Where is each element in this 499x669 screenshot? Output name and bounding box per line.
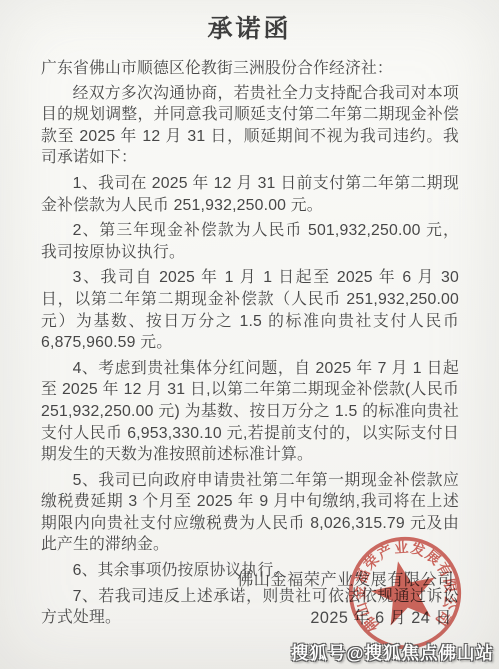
document-title: 承诺函 <box>0 0 499 45</box>
clause-5-paragraph: 5、我司已向政府申请贵社第二年第一期现金补偿款应缴税费延期 3 个月至 2025… <box>41 470 459 556</box>
letter-of-commitment-page: 承诺函 广东省佛山市顺德区伦教街三洲股份合作经济社： 经双方多次沟通协商，若贵社… <box>0 0 499 669</box>
signature-block: 佛山金福荣产业发展有限公司 2025 年 6 月 24 日 <box>237 566 454 628</box>
intro-paragraph: 经双方多次沟通协商，若贵社全力支持配合我司对本项目的规划调整，并同意我司顺延支付… <box>41 83 459 169</box>
document-body: 承诺函 广东省佛山市顺德区伦教街三洲股份合作经济社： 经双方多次沟通协商，若贵社… <box>0 0 499 629</box>
salutation-line: 广东省佛山市顺德区伦教街三洲股份合作经济社： <box>41 58 459 80</box>
document-content: 广东省佛山市顺德区伦教街三洲股份合作经济社： 经双方多次沟通协商，若贵社全力支持… <box>0 45 499 629</box>
clause-2-paragraph: 2、第三年现金补偿款为人民币 501,932,250.00 元，我司按原协议执行… <box>41 220 459 263</box>
clause-1-paragraph: 1、我司在 2025 年 12 月 31 日前支付第二年第二期现金补偿款为人民币… <box>41 173 459 216</box>
clause-3-paragraph: 3、我司自 2025 年 1 月 1 日起至 2025 年 6 月 30 日，以… <box>41 267 459 353</box>
signature-company-name: 佛山金福荣产业发展有限公司 <box>237 566 454 590</box>
clause-4-paragraph: 4、考虑到贵社集体分红问题，自 2025 年 7 月 1 日起至 2025 年 … <box>41 358 459 466</box>
signature-date: 2025 年 6 月 24 日 <box>237 604 452 628</box>
watermark-text: 搜狐号@搜狐焦点佛山站 <box>291 640 494 665</box>
